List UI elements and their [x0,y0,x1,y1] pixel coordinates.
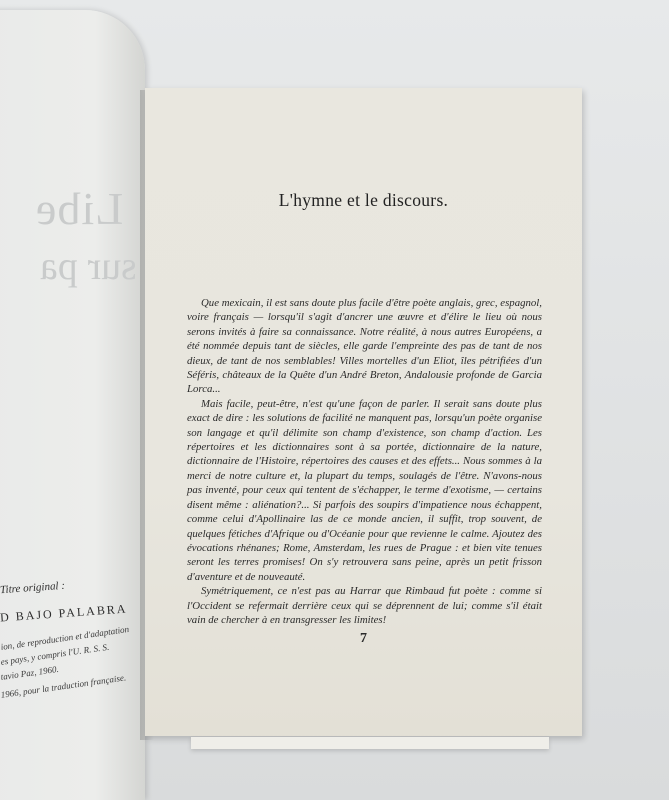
paragraph: Mais facile, peut-être, n'est qu'une faç… [187,397,542,584]
paragraph: Symétriquement, ce n'est pas au Harrar q… [187,584,542,627]
paragraph: Que mexicain, il est sans doute plus fac… [187,296,542,397]
page-number: 7 [145,631,582,647]
original-title: D BAJO PALABRA [0,602,128,626]
ghost-title-bleedthrough: Libe [35,182,123,235]
right-page: L'hymne et le discours. Que mexicain, il… [145,88,582,736]
rights-line: tavio Paz, 1960. [0,664,59,682]
original-title-label: Titre original : [0,580,65,597]
body-text: Que mexicain, il est sans doute plus fac… [187,296,542,627]
left-page: Libe sur pa Titre original : D BAJO PALA… [0,10,145,800]
book-bottom-edge [191,737,549,749]
ghost-subtitle-bleedthrough: sur pa [40,242,137,289]
chapter-title: L'hymne et le discours. [145,190,582,211]
